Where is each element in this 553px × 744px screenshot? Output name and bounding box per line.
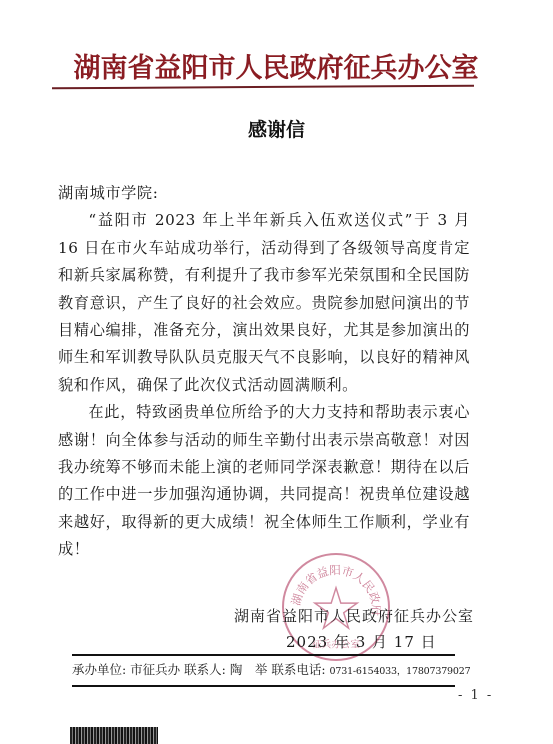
scan-barcode-strip: [70, 727, 158, 744]
letterhead-divider: [52, 85, 474, 90]
page-number: - 1 -: [458, 688, 493, 703]
letter-body: 湖南城市学院: “益阳市 2023 年上半年新兵入伍欢送仪式”于 3 月 16 …: [58, 180, 470, 564]
paragraph-1: “益阳市 2023 年上半年新兵入伍欢送仪式”于 3 月 16 日在市火车站成功…: [58, 207, 470, 399]
signature-date: 2023 年 3 月 17 日: [286, 631, 437, 652]
document-title: 感谢信: [0, 115, 553, 142]
footer-top-rule: [72, 654, 455, 656]
letterhead-org-name: 湖南省益阳市人民政府征兵办公室: [56, 46, 496, 85]
contact-person: 联系人: 陶 举: [184, 662, 267, 677]
paragraph-2: 在此，特致函贵单位所给予的大力支持和帮助表示衷心感谢！向全体参与活动的师生辛勤付…: [58, 399, 470, 563]
footer-contact-line: 承办单位: 市征兵办 联系人: 陶 举 联系电话: 0731-6154033，1…: [72, 660, 472, 678]
signature-organization: 湖南省益阳市人民政府征兵办公室: [234, 605, 474, 626]
contact-phone: 0731-6154033，17807379027: [330, 666, 471, 677]
handling-unit: 承办单位: 市征兵办: [72, 662, 180, 677]
salutation: 湖南城市学院:: [58, 180, 470, 207]
contact-phone-label: 联系电话:: [271, 662, 329, 677]
footer-bottom-rule: [72, 685, 455, 687]
